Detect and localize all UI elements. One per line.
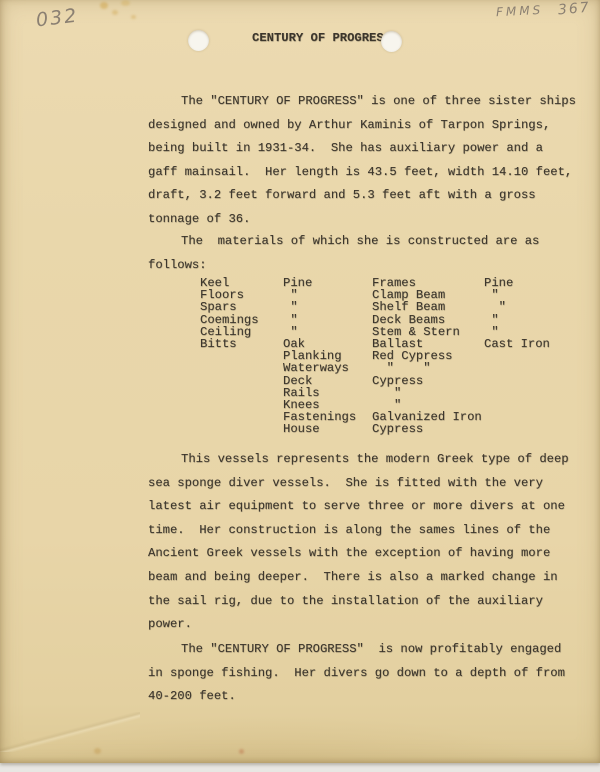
handwritten-page-number: 367 bbox=[557, 0, 591, 18]
foxing-stain bbox=[112, 10, 118, 15]
materials-table-row-12: FasteningsGalvanized Iron bbox=[200, 410, 580, 422]
paragraph-ship-overview-line-1: The "CENTURY OF PROGRESS" is one of thre… bbox=[148, 90, 578, 114]
hole-punch-right-icon bbox=[381, 31, 402, 52]
paragraph-current-status-line-3: 40-200 feet. bbox=[148, 685, 578, 709]
document-title: CENTURY OF PROGRESS bbox=[252, 31, 391, 45]
paragraph-current-status-line-2: in sponge fishing. Her divers go down to… bbox=[148, 662, 578, 686]
materials-table: KeelPineFramesPineFloors "Clamp Beam "Sp… bbox=[200, 276, 580, 434]
document-paper: 032 FMMS 367 CENTURY OF PROGRESS The "CE… bbox=[0, 0, 600, 763]
materials-table-row-4: Coemings "Deck Beams " bbox=[200, 313, 580, 325]
materials-cell-r13c2: House bbox=[283, 422, 320, 436]
materials-cell-r13c3: Cypress bbox=[372, 422, 423, 436]
scanned-page-background: 032 FMMS 367 CENTURY OF PROGRESS The "CE… bbox=[0, 0, 600, 772]
materials-table-row-10: Rails " bbox=[200, 386, 580, 398]
materials-table-row-8: Waterways " " bbox=[200, 361, 580, 373]
paragraph-ship-overview-line-3: being built in 1931-34. She has auxiliar… bbox=[148, 137, 578, 161]
paragraph-ship-overview-line-5: draft, 3.2 feet forward and 5.3 feet aft… bbox=[148, 184, 578, 208]
paragraph-vessel-description-line-1: This vessels represents the modern Greek… bbox=[148, 448, 578, 472]
paragraph-materials-intro: The materials of which she is constructe… bbox=[148, 230, 578, 277]
materials-table-row-6: BittsOakBallastCast Iron bbox=[200, 337, 580, 349]
paragraph-vessel-description-line-5: Ancient Greek vessels with the exception… bbox=[148, 542, 578, 566]
materials-table-row-3: Spars "Shelf Beam " bbox=[200, 300, 580, 312]
paragraph-ship-overview-line-2: designed and owned by Arthur Kaminis of … bbox=[148, 114, 578, 138]
paragraph-vessel-description-line-2: sea sponge diver vessels. She is fitted … bbox=[148, 472, 578, 496]
materials-table-row-1: KeelPineFramesPine bbox=[200, 276, 580, 288]
foxing-stain bbox=[100, 2, 108, 9]
paragraph-current-status: The "CENTURY OF PROGRESS" is now profita… bbox=[148, 638, 578, 709]
materials-table-row-2: Floors "Clamp Beam " bbox=[200, 288, 580, 300]
handwritten-collection-code: FMMS bbox=[496, 3, 544, 19]
paragraph-vessel-description-line-3: latest air equipment to serve three or m… bbox=[148, 495, 578, 519]
paragraph-current-status-line-1: The "CENTURY OF PROGRESS" is now profita… bbox=[148, 638, 578, 662]
paragraph-vessel-description-line-4: time. Her construction is along the same… bbox=[148, 519, 578, 543]
paragraph-vessel-description-line-6: beam and being deeper. There is also a m… bbox=[148, 566, 578, 590]
paragraph-ship-overview-line-4: gaff mainsail. Her length is 43.5 feet, … bbox=[148, 161, 578, 185]
paragraph-materials-intro-line-1: The materials of which she is constructe… bbox=[148, 230, 578, 254]
hole-punch-left-icon bbox=[188, 30, 209, 51]
paper-crease bbox=[0, 712, 140, 752]
paragraph-ship-overview: The "CENTURY OF PROGRESS" is one of thre… bbox=[148, 90, 578, 232]
materials-table-row-11: Knees " bbox=[200, 398, 580, 410]
materials-table-row-13: HouseCypress bbox=[200, 422, 580, 434]
paragraph-vessel-description: This vessels represents the modern Greek… bbox=[148, 448, 578, 637]
paragraph-vessel-description-line-8: power. bbox=[148, 613, 578, 637]
paragraph-materials-intro-line-2: follows: bbox=[148, 254, 578, 278]
materials-table-row-7: PlankingRed Cypress bbox=[200, 349, 580, 361]
paragraph-vessel-description-line-7: the sail rig, due to the installation of… bbox=[148, 590, 578, 614]
handwritten-archive-number: 032 bbox=[35, 5, 80, 32]
foxing-stain bbox=[121, 0, 130, 6]
foxing-stain bbox=[131, 15, 136, 19]
materials-table-row-5: Ceiling "Stem & Stern " bbox=[200, 325, 580, 337]
materials-table-row-9: DeckCypress bbox=[200, 374, 580, 386]
paragraph-ship-overview-line-6: tonnage of 36. bbox=[148, 208, 578, 232]
